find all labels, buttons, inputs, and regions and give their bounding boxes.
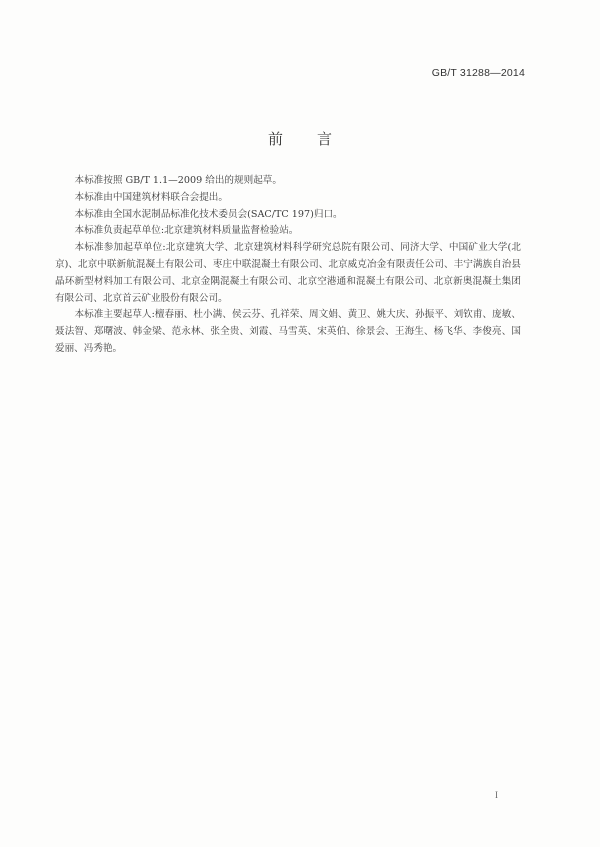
page-title: 前言 [0, 128, 600, 149]
page-number: I [495, 790, 498, 800]
paragraph-drafting-rules: 本标准按照 GB/T 1.1—2009 给出的规则起草。 [55, 173, 521, 190]
paragraph-responsible-drafter: 本标准负责起草单位:北京建筑材料质量监督检验站。 [55, 223, 521, 240]
foreword-body: 本标准按照 GB/T 1.1—2009 给出的规则起草。 本标准由中国建筑材料联… [55, 173, 521, 358]
paragraph-proposer: 本标准由中国建筑材料联合会提出。 [55, 190, 521, 207]
standard-code-header: GB/T 31288—2014 [432, 67, 525, 79]
paragraph-main-drafters: 本标准主要起草人:檀春丽、杜小满、侯云芬、孔祥荣、周文娟、黄卫、姚大庆、孙振平、… [55, 307, 521, 357]
paragraph-committee: 本标准由全国水泥制品标准化技术委员会(SAC/TC 197)归口。 [55, 207, 521, 224]
paragraph-participating-drafters: 本标准参加起草单位:北京建筑大学、北京建筑材料科学研究总院有限公司、同济大学、中… [55, 240, 521, 307]
